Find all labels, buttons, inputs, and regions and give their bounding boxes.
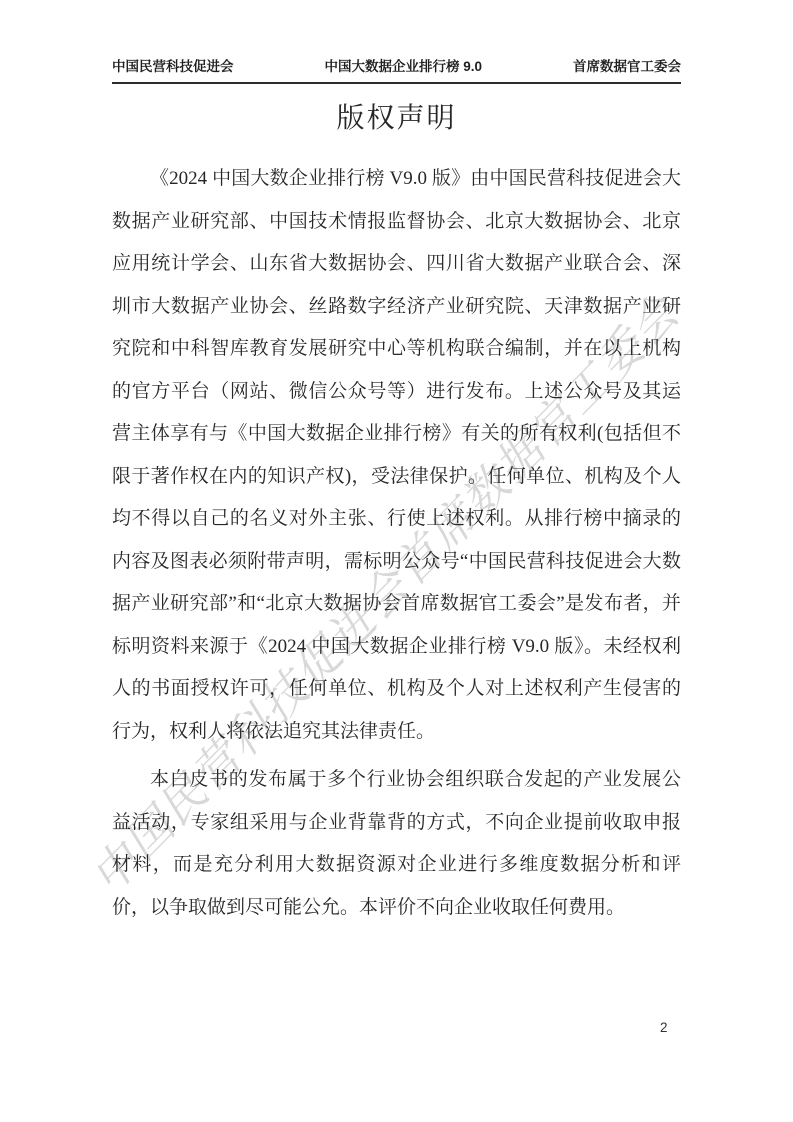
document-body: 《2024 中国大数企业排行榜 V9.0 版》由中国民营科技促进会大数据产业研究… <box>112 158 681 929</box>
page-title: 版权声明 <box>112 96 681 136</box>
header-left-text: 中国民营科技促进会 <box>112 55 234 75</box>
header-right-text: 首席数据官工委会 <box>573 55 681 75</box>
document-page: 中国民营科技促进会首席数据官工委会 中国民营科技促进会 中国大数据企业排行榜 9… <box>0 0 793 1122</box>
page-number: 2 <box>660 1020 668 1035</box>
paragraph-copyright: 《2024 中国大数企业排行榜 V9.0 版》由中国民营科技促进会大数据产业研究… <box>112 158 681 753</box>
header-center-text: 中国大数据企业排行榜 9.0 <box>324 55 482 75</box>
page-header: 中国民营科技促进会 中国大数据企业排行榜 9.0 首席数据官工委会 <box>112 55 681 84</box>
paragraph-whitepaper: 本白皮书的发布属于多个行业协会组织联合发起的产业发展公益活动，专家组采用与企业背… <box>112 759 681 929</box>
